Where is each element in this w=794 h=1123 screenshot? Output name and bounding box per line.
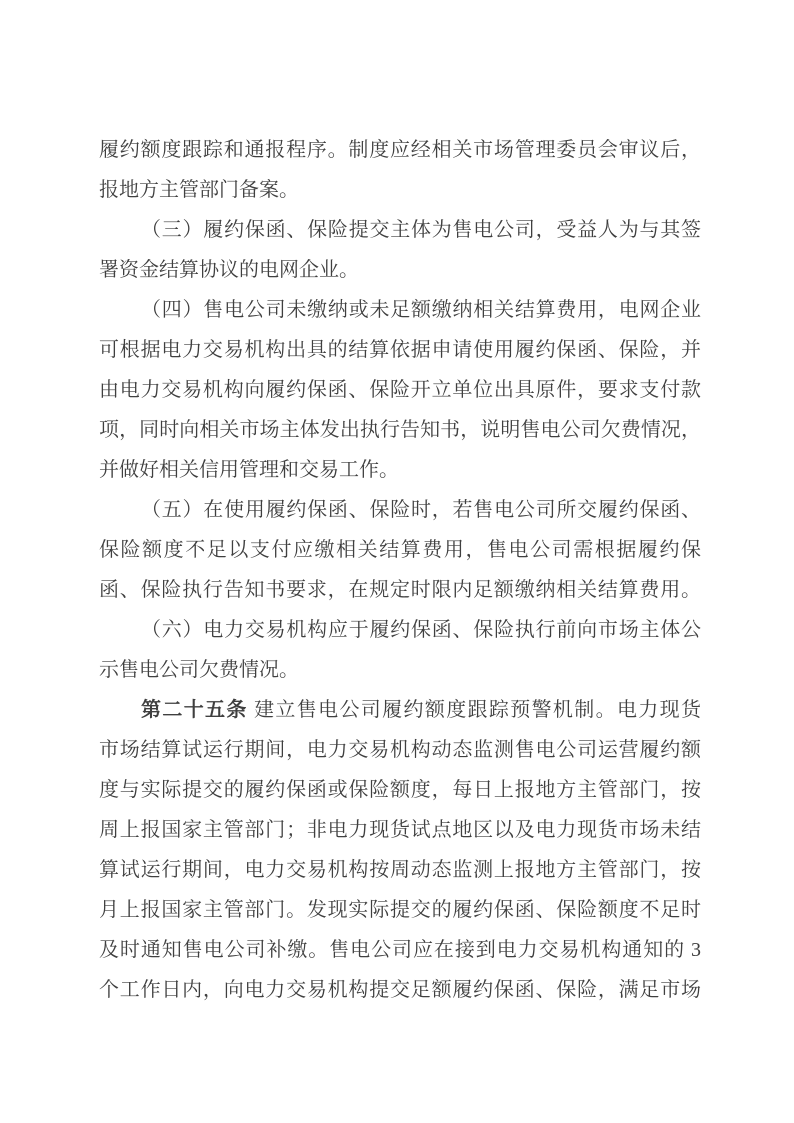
text-line: （三）履约保函、保险提交主体为售电公司，受益人为与其签 <box>99 210 701 250</box>
text-line: 周上报国家主管部门；非电力现货试点地区以及电力现货市场未结 <box>99 810 701 850</box>
text-line: 保险额度不足以支付应缴相关结算费用，售电公司需根据履约保 <box>99 530 701 570</box>
text-line: 署资金结算协议的电网企业。 <box>99 250 701 290</box>
text-line: 履约额度跟踪和通报程序。制度应经相关市场管理委员会审议后， <box>99 130 701 170</box>
document-page: 履约额度跟踪和通报程序。制度应经相关市场管理委员会审议后， 报地方主管部门备案。… <box>0 0 794 1123</box>
text-line: 及时通知售电公司补缴。售电公司应在接到电力交易机构通知的 3 <box>99 930 701 970</box>
text-line: 项，同时向相关市场主体发出执行告知书，说明售电公司欠费情况， <box>99 410 701 450</box>
text-line: （六）电力交易机构应于履约保函、保险执行前向市场主体公 <box>99 610 701 650</box>
text-line: 报地方主管部门备案。 <box>99 170 701 210</box>
text-line: （四）售电公司未缴纳或未足额缴纳相关结算费用，电网企业 <box>99 290 701 330</box>
text-line: 可根据电力交易机构出具的结算依据申请使用履约保函、保险，并 <box>99 330 701 370</box>
document-text-block: 履约额度跟踪和通报程序。制度应经相关市场管理委员会审议后， 报地方主管部门备案。… <box>99 130 701 1010</box>
text-line: 并做好相关信用管理和交易工作。 <box>99 450 701 490</box>
text-line: 个工作日内，向电力交易机构提交足额履约保函、保险，满足市场 <box>99 970 701 1010</box>
text-line: （五）在使用履约保函、保险时，若售电公司所交履约保函、 <box>99 490 701 530</box>
text-line: 由电力交易机构向履约保函、保险开立单位出具原件，要求支付款 <box>99 370 701 410</box>
text-line: 度与实际提交的履约保函或保险额度，每日上报地方主管部门，按 <box>99 770 701 810</box>
text-line: 月上报国家主管部门。发现实际提交的履约保函、保险额度不足时 <box>99 890 701 930</box>
text-line: 算试运行期间，电力交易机构按周动态监测上报地方主管部门，按 <box>99 850 701 890</box>
text-line: 函、保险执行告知书要求，在规定时限内足额缴纳相关结算费用。 <box>99 570 701 610</box>
article-heading-text: 建立售电公司履约额度跟踪预警机制。电力现货 <box>248 699 701 721</box>
text-line: 示售电公司欠费情况。 <box>99 650 701 690</box>
text-line-article-heading: 第二十五条 建立售电公司履约额度跟踪预警机制。电力现货 <box>99 690 701 730</box>
text-line: 市场结算试运行期间，电力交易机构动态监测售电公司运营履约额 <box>99 730 701 770</box>
article-number: 第二十五条 <box>141 699 248 721</box>
